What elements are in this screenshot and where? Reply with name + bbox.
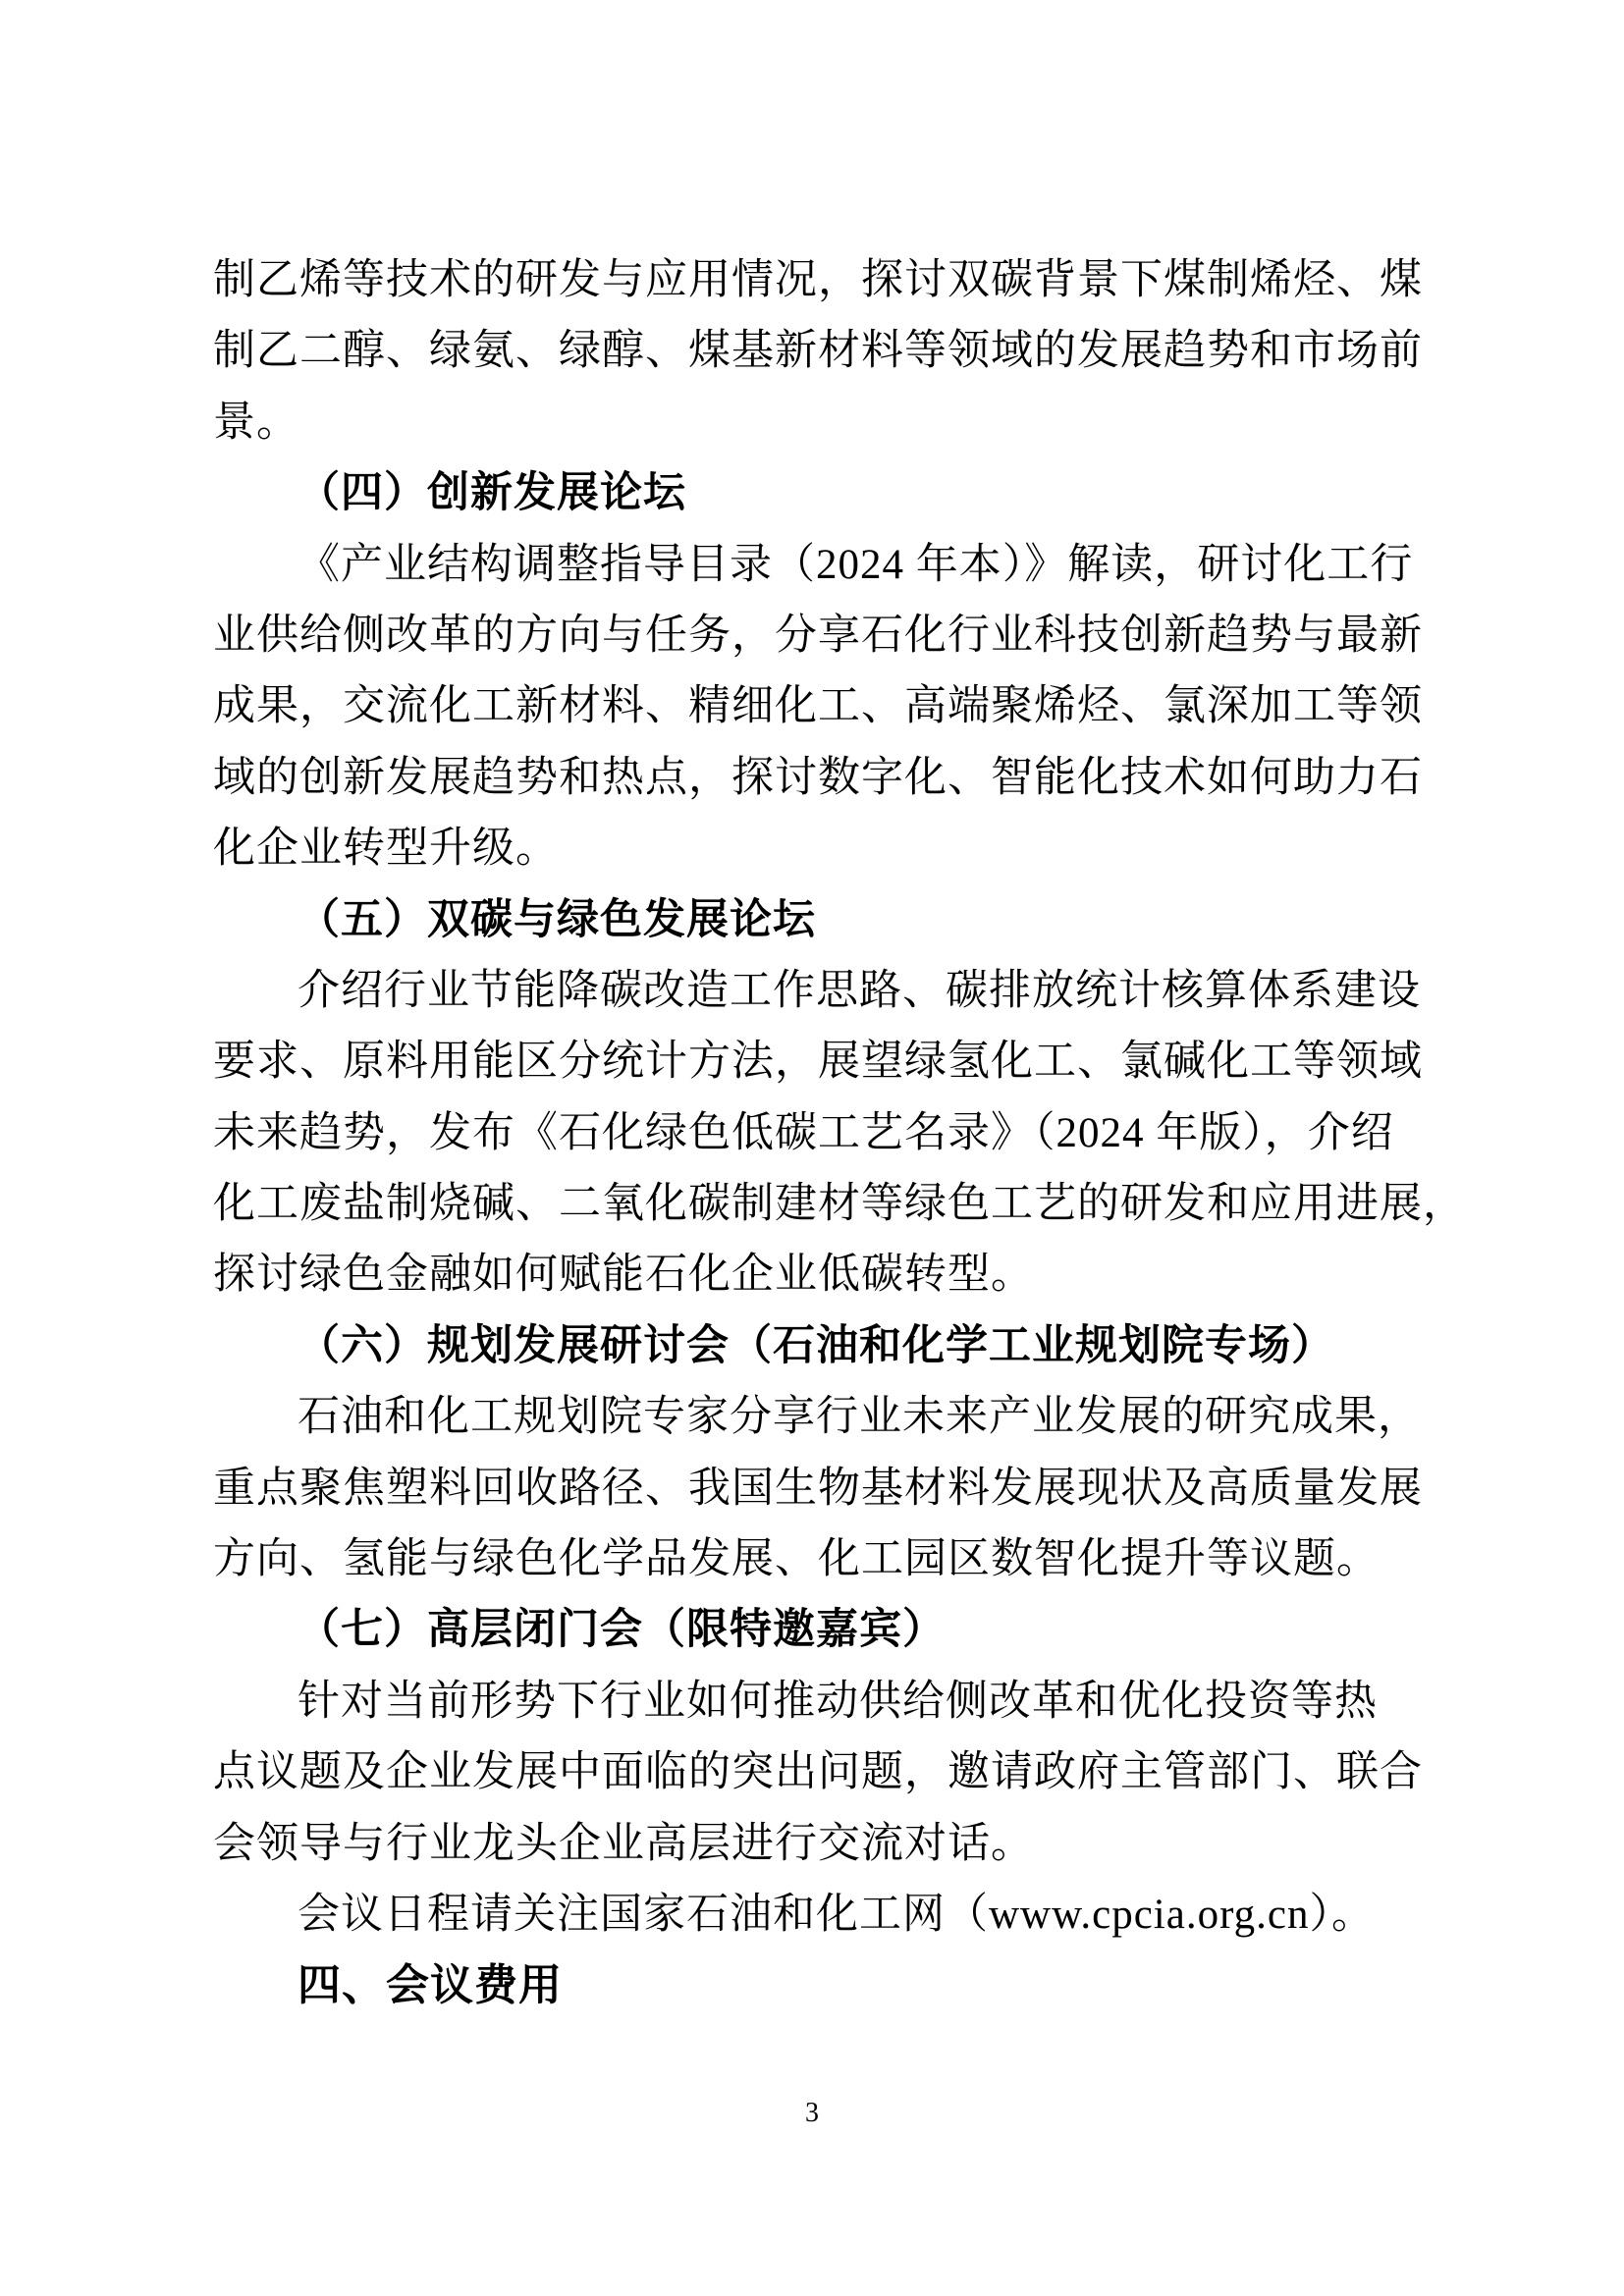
document-line: 介绍行业节能降碳改造工作思路、碳排放统计核算体系建设 (213, 956, 1450, 1027)
document-line: 未来趋势，发布《石化绿色低碳工艺名录》（2024 年版），介绍 (213, 1098, 1450, 1169)
document-body: 制乙烯等技术的研发与应用情况，探讨双碳背景下煤制烯烃、煤制乙二醇、绿氨、绿醇、煤… (213, 245, 1450, 2022)
document-line: 点议题及企业发展中面临的突出问题，邀请政府主管部门、联合 (213, 1737, 1450, 1808)
document-line: 制乙二醇、绿氨、绿醇、煤基新材料等领域的发展趋势和市场前 (213, 316, 1450, 387)
major-heading: 四、会议费用 (213, 1950, 1450, 2021)
document-line: 石油和化工规划院专家分享行业未来产业发展的研究成果， (213, 1382, 1450, 1453)
document-line: 重点聚焦塑料回收路径、我国生物基材料发展现状及高质量发展 (213, 1454, 1450, 1524)
document-line: 域的创新发展趋势和热点，探讨数字化、智能化技术如何助力石 (213, 743, 1450, 814)
document-page: 制乙烯等技术的研发与应用情况，探讨双碳背景下煤制烯烃、煤制乙二醇、绿氨、绿醇、煤… (0, 0, 1624, 2296)
document-line: 制乙烯等技术的研发与应用情况，探讨双碳背景下煤制烯烃、煤 (213, 245, 1450, 316)
document-line: 《产业结构调整指导目录（2024 年本）》解读，研讨化工行 (213, 530, 1450, 601)
document-line: 景。 (213, 388, 1450, 458)
document-line: 探讨绿色金融如何赋能石化企业低碳转型。 (213, 1240, 1450, 1310)
document-line: 要求、原料用能区分统计方法，展望绿氢化工、氯碱化工等领域 (213, 1027, 1450, 1097)
document-line: 业供给侧改革的方向与任务，分享石化行业科技创新趋势与最新 (213, 601, 1450, 671)
section-heading: （六）规划发展研讨会（石油和化学工业规划院专场） (213, 1311, 1450, 1382)
document-line: 化企业转型升级。 (213, 814, 1450, 884)
document-line: 针对当前形势下行业如何推动供给侧改革和优化投资等热 (213, 1667, 1450, 1737)
section-heading: （七）高层闭门会（限特邀嘉宾） (213, 1595, 1450, 1666)
page-number: 3 (0, 2097, 1624, 2130)
document-line: 成果，交流化工新材料、精细化工、高端聚烯烃、氯深加工等领 (213, 671, 1450, 742)
document-line: 会领导与行业龙头企业高层进行交流对话。 (213, 1809, 1450, 1880)
section-heading: （五）双碳与绿色发展论坛 (213, 885, 1450, 956)
document-line: 方向、氢能与绿色化学品发展、化工园区数智化提升等议题。 (213, 1524, 1450, 1595)
section-heading: （四）创新发展论坛 (213, 458, 1450, 529)
document-line: 化工废盐制烧碱、二氧化碳制建材等绿色工艺的研发和应用进展， (213, 1169, 1450, 1240)
document-line: 会议日程请关注国家石油和化工网（www.cpcia.org.cn）。 (213, 1880, 1450, 1950)
